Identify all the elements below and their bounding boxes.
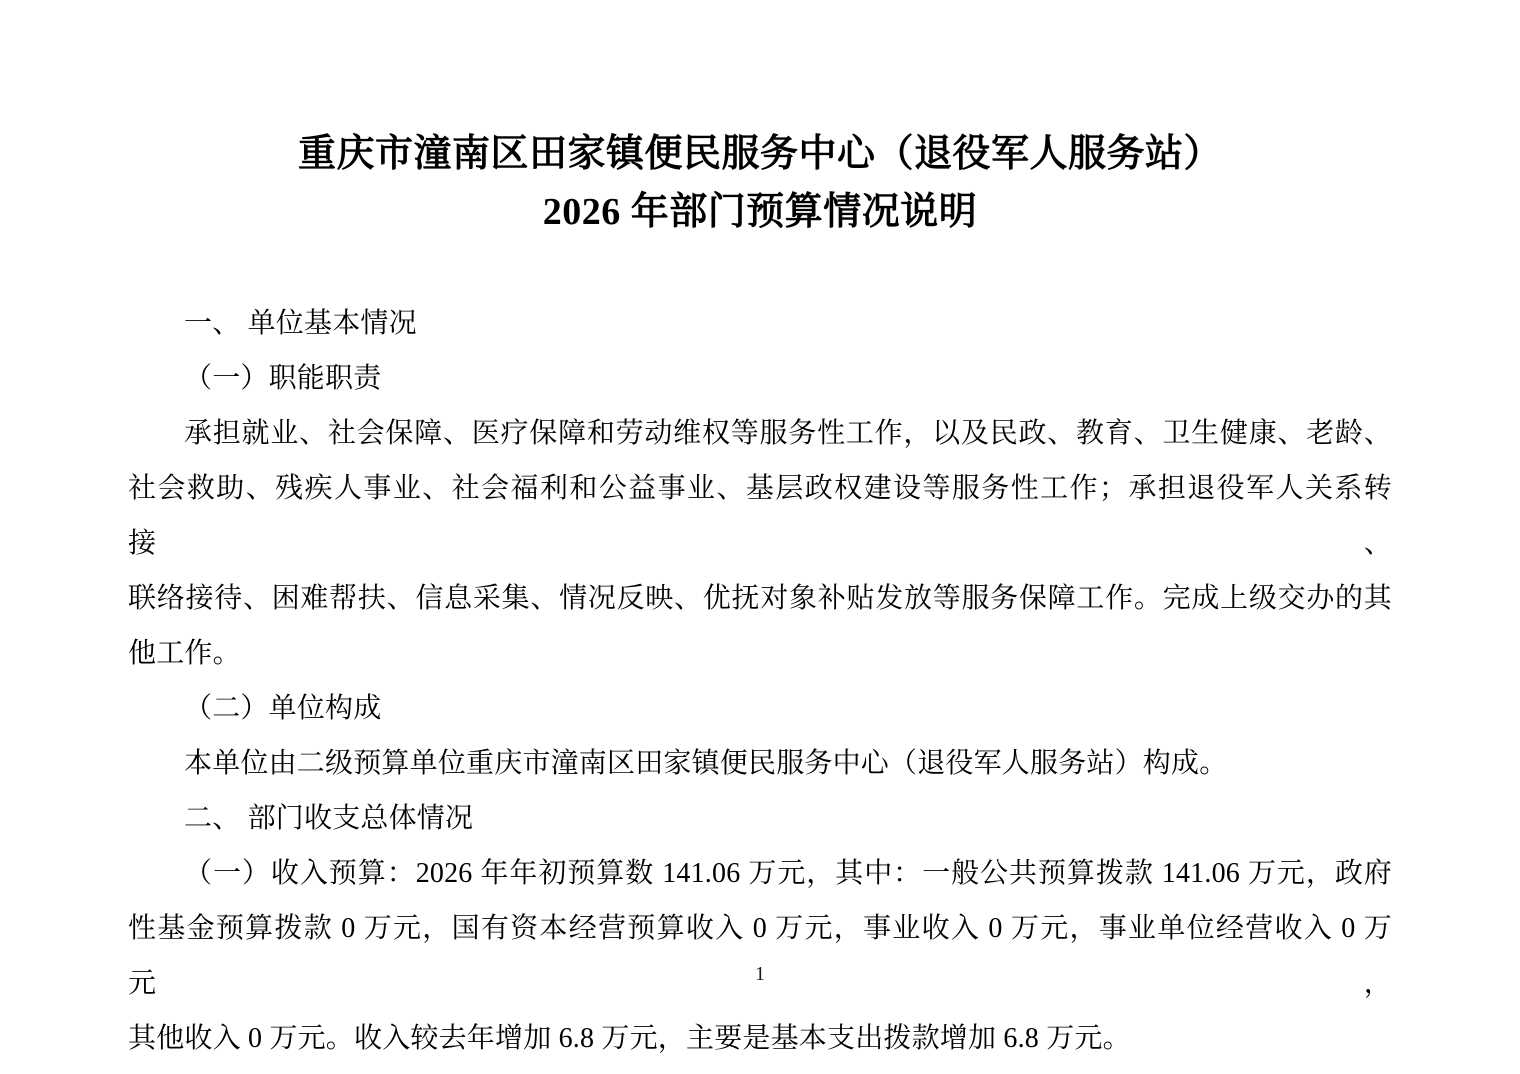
document-title-line-1: 重庆市潼南区田家镇便民服务中心（退役军人服务站）: [128, 125, 1392, 183]
page-number: 1: [0, 960, 1520, 988]
document-body: 一、 单位基本情况 （一）职能职责 承担就业、社会保障、医疗保障和劳动维权等服务…: [128, 296, 1392, 1066]
heading-section-2-revenue-expenditure: 二、 部门收支总体情况: [128, 791, 1392, 846]
heading-section-1-unit-basic-info: 一、 单位基本情况: [128, 296, 1392, 351]
heading-1-2-unit-composition: （二）单位构成: [128, 681, 1392, 736]
document-page: 重庆市潼南区田家镇便民服务中心（退役军人服务站） 2026 年部门预算情况说明 …: [0, 0, 1520, 1074]
para-revenue-budget-line-2: 性基金预算拨款 0 万元，国有资本经营预算收入 0 万元，事业收入 0 万元，事…: [128, 901, 1392, 1011]
document-title: 重庆市潼南区田家镇便民服务中心（退役军人服务站） 2026 年部门预算情况说明: [128, 125, 1392, 241]
document-title-line-2: 2026 年部门预算情况说明: [128, 183, 1392, 241]
heading-1-1-duties: （一）职能职责: [128, 351, 1392, 406]
para-duties-line-3: 联络接待、困难帮扶、信息采集、情况反映、优抚对象补贴发放等服务保障工作。完成上级…: [128, 571, 1392, 626]
para-duties-line-4: 他工作。: [128, 626, 1392, 681]
para-duties-line-2: 社会救助、残疾人事业、社会福利和公益事业、基层政权建设等服务性工作；承担退役军人…: [128, 461, 1392, 571]
para-duties-line-1: 承担就业、社会保障、医疗保障和劳动维权等服务性工作，以及民政、教育、卫生健康、老…: [128, 406, 1392, 461]
para-unit-composition: 本单位由二级预算单位重庆市潼南区田家镇便民服务中心（退役军人服务站）构成。: [128, 736, 1392, 791]
para-revenue-budget-line-3: 其他收入 0 万元。收入较去年增加 6.8 万元，主要是基本支出拨款增加 6.8…: [128, 1011, 1392, 1066]
para-revenue-budget-line-1: （一）收入预算：2026 年年初预算数 141.06 万元，其中：一般公共预算拨…: [128, 846, 1392, 901]
